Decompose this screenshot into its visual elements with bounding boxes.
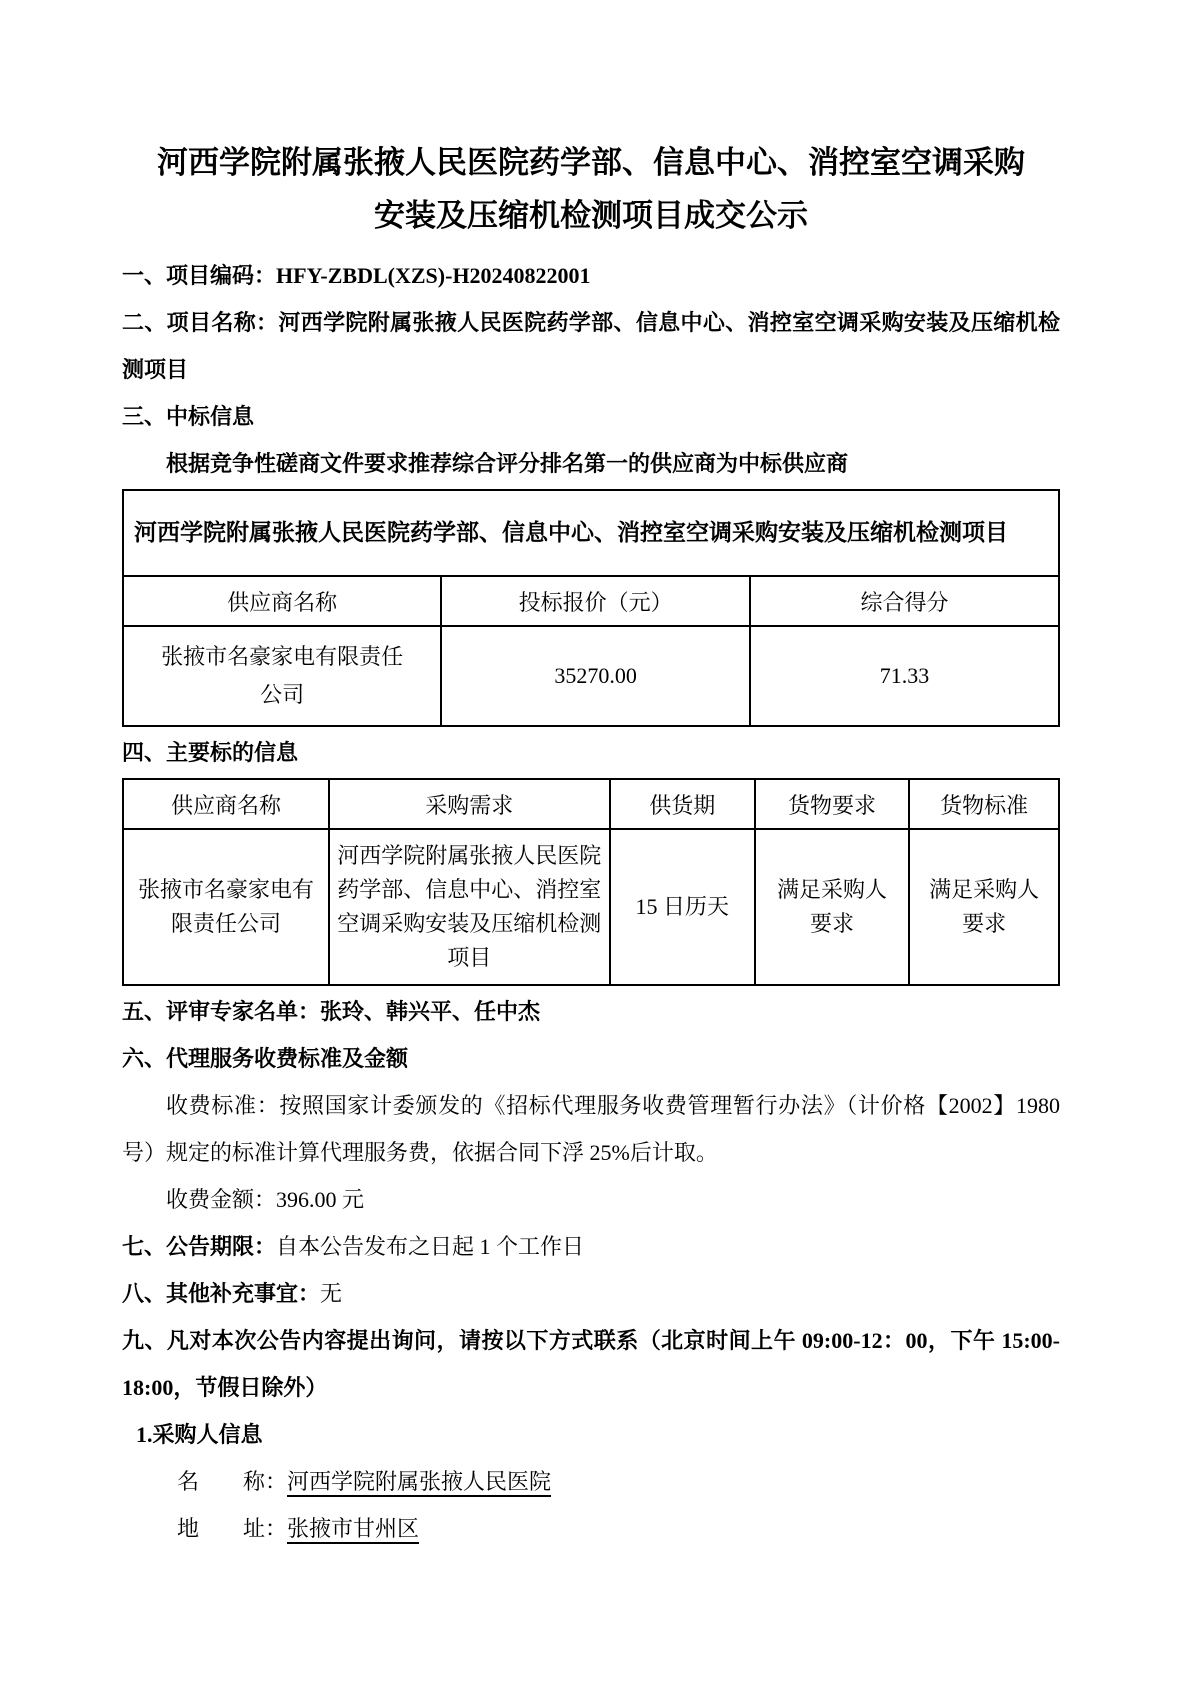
buyer-info-heading: 1.采购人信息 — [122, 1411, 1060, 1458]
award-intro-paragraph: 根据竞争性磋商文件要求推荐综合评分排名第一的供应商为中标供应商 — [122, 440, 1060, 487]
experts-label: 五、评审专家名单： — [122, 999, 320, 1024]
other-matters-label: 八、其他补充事宜： — [122, 1281, 320, 1306]
subject-table-delivery-cell: 15 日历天 — [610, 829, 755, 985]
section-award-heading: 三、中标信息 — [122, 393, 1060, 440]
fee-standard-paragraph: 收费标准：按照国家计委颁发的《招标代理服务收费管理暂行办法》（计价格【2002】… — [122, 1082, 1060, 1176]
buyer-address-value: 张掖市甘州区 — [287, 1516, 419, 1544]
award-result-table: 河西学院附属张掖人民医院药学部、信息中心、消控室空调采购安装及压缩机检测项目 供… — [122, 489, 1060, 727]
section-subject-heading: 四、主要标的信息 — [122, 729, 1060, 776]
section-project-name: 二、项目名称：河西学院附属张掖人民医院药学部、信息中心、消控室空调采购安装及压缩… — [122, 299, 1060, 393]
project-code-label: 一、项目编码： — [122, 263, 276, 288]
subject-table-header-supplier: 供应商名称 — [123, 779, 329, 829]
section-experts: 五、评审专家名单：张玲、韩兴平、任中杰 — [122, 988, 1060, 1035]
other-matters-value: 无 — [320, 1281, 342, 1306]
award-table-supplier-cell: 张掖市名豪家电有限责任公司 — [123, 626, 441, 726]
subject-table-goods-standard-cell: 满足采购人要求 — [909, 829, 1059, 985]
subject-info-table: 供应商名称 采购需求 供货期 货物要求 货物标准 张掖市名豪家电有限责任公司 河… — [122, 778, 1060, 986]
subject-table-data-row: 张掖市名豪家电有限责任公司 河西学院附属张掖人民医院药学部、信息中心、消控室空调… — [123, 829, 1059, 985]
award-table-project-row: 河西学院附属张掖人民医院药学部、信息中心、消控室空调采购安装及压缩机检测项目 — [123, 490, 1059, 576]
buyer-name-label: 名 称： — [177, 1469, 287, 1494]
document-title: 河西学院附属张掖人民医院药学部、信息中心、消控室空调采购 安装及压缩机检测项目成… — [122, 136, 1060, 242]
section-inquiry: 九、凡对本次公告内容提出询问，请按以下方式联系（北京时间上午 09:00-12：… — [122, 1317, 1060, 1411]
award-table-project-cell: 河西学院附属张掖人民医院药学部、信息中心、消控室空调采购安装及压缩机检测项目 — [123, 490, 1059, 576]
document-page: 河西学院附属张掖人民医院药学部、信息中心、消控室空调采购 安装及压缩机检测项目成… — [0, 0, 1191, 1684]
experts-value: 张玲、韩兴平、任中杰 — [320, 999, 540, 1024]
subject-table-supplier-cell: 张掖市名豪家电有限责任公司 — [123, 829, 329, 985]
subject-table-header-goods-requirement: 货物要求 — [755, 779, 909, 829]
section-notice-period: 七、公告期限：自本公告发布之日起 1 个工作日 — [122, 1223, 1060, 1270]
subject-table-header-row: 供应商名称 采购需求 供货期 货物要求 货物标准 — [123, 779, 1059, 829]
document-title-line2: 安装及压缩机检测项目成交公示 — [374, 198, 808, 233]
project-name-label: 二、项目名称： — [122, 310, 278, 335]
section-agency-fee-heading: 六、代理服务收费标准及金额 — [122, 1035, 1060, 1082]
notice-period-label: 七、公告期限： — [122, 1234, 276, 1259]
award-table-supplier-text: 张掖市名豪家电有限责任公司 — [151, 638, 413, 714]
fee-amount-line: 收费金额：396.00 元 — [122, 1176, 1060, 1223]
award-table-header-score: 综合得分 — [750, 576, 1059, 626]
subject-table-goods-requirement-cell: 满足采购人要求 — [755, 829, 909, 985]
subject-table-header-delivery: 供货期 — [610, 779, 755, 829]
award-table-header-bid-price: 投标报价（元） — [441, 576, 750, 626]
project-code-value: HFY-ZBDL(XZS)-H20240822001 — [276, 263, 591, 288]
buyer-address-line: 地 址：张掖市甘州区 — [122, 1505, 1060, 1552]
award-table-score-cell: 71.33 — [750, 626, 1059, 726]
subject-table-header-requirement: 采购需求 — [329, 779, 610, 829]
buyer-name-value: 河西学院附属张掖人民医院 — [287, 1469, 551, 1497]
section-project-code: 一、项目编码：HFY-ZBDL(XZS)-H20240822001 — [122, 252, 1060, 299]
award-table-data-row: 张掖市名豪家电有限责任公司 35270.00 71.33 — [123, 626, 1059, 726]
award-table-header-row: 供应商名称 投标报价（元） 综合得分 — [123, 576, 1059, 626]
notice-period-value: 自本公告发布之日起 1 个工作日 — [276, 1234, 584, 1259]
section-other-matters: 八、其他补充事宜：无 — [122, 1270, 1060, 1317]
document-title-line1: 河西学院附属张掖人民医院药学部、信息中心、消控室空调采购 — [157, 145, 1025, 180]
buyer-address-label: 地 址： — [177, 1516, 287, 1541]
subject-table-header-goods-standard: 货物标准 — [909, 779, 1059, 829]
buyer-name-line: 名 称：河西学院附属张掖人民医院 — [122, 1458, 1060, 1505]
award-table-bid-price-cell: 35270.00 — [441, 626, 750, 726]
subject-table-requirement-cell: 河西学院附属张掖人民医院药学部、信息中心、消控室空调采购安装及压缩机检测项目 — [329, 829, 610, 985]
award-table-header-supplier: 供应商名称 — [123, 576, 441, 626]
